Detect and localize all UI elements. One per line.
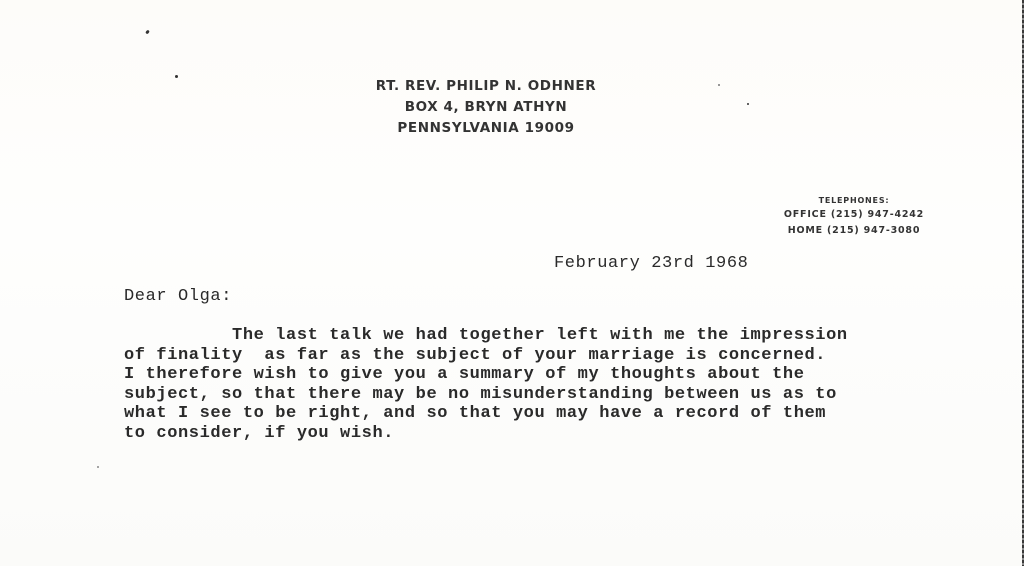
ink-speck (145, 30, 150, 35)
letter-date: February 23rd 1968 (554, 254, 748, 273)
ink-speck (97, 466, 99, 468)
letterhead-address: BOX 4, BRYN ATHYN (366, 97, 606, 118)
ink-speck (175, 75, 178, 78)
home-phone: HOME (215) 947-3080 (770, 223, 938, 239)
body-line: The last talk we had together left with … (124, 326, 848, 346)
body-line: of finality as far as the subject of you… (124, 346, 848, 366)
salutation: Dear Olga: (124, 287, 232, 306)
letter-body: The last talk we had together left with … (124, 326, 848, 443)
letter-page: RT. REV. PHILIP N. ODHNER BOX 4, BRYN AT… (0, 0, 1024, 566)
letterhead-state-zip: PENNSYLVANIA 19009 (366, 118, 606, 139)
letterhead-name: RT. REV. PHILIP N. ODHNER (366, 76, 606, 97)
body-line: to consider, if you wish. (124, 424, 848, 444)
body-line: subject, so that there may be no misunde… (124, 385, 848, 405)
office-phone: OFFICE (215) 947-4242 (770, 207, 938, 223)
body-line: I therefore wish to give you a summary o… (124, 365, 848, 385)
telephones-heading: TELEPHONES: (770, 195, 938, 207)
letterhead: RT. REV. PHILIP N. ODHNER BOX 4, BRYN AT… (366, 76, 606, 139)
ink-speck (718, 84, 720, 86)
body-line: what I see to be right, and so that you … (124, 404, 848, 424)
ink-speck (747, 103, 749, 105)
telephone-block: TELEPHONES: OFFICE (215) 947-4242 HOME (… (770, 195, 938, 239)
